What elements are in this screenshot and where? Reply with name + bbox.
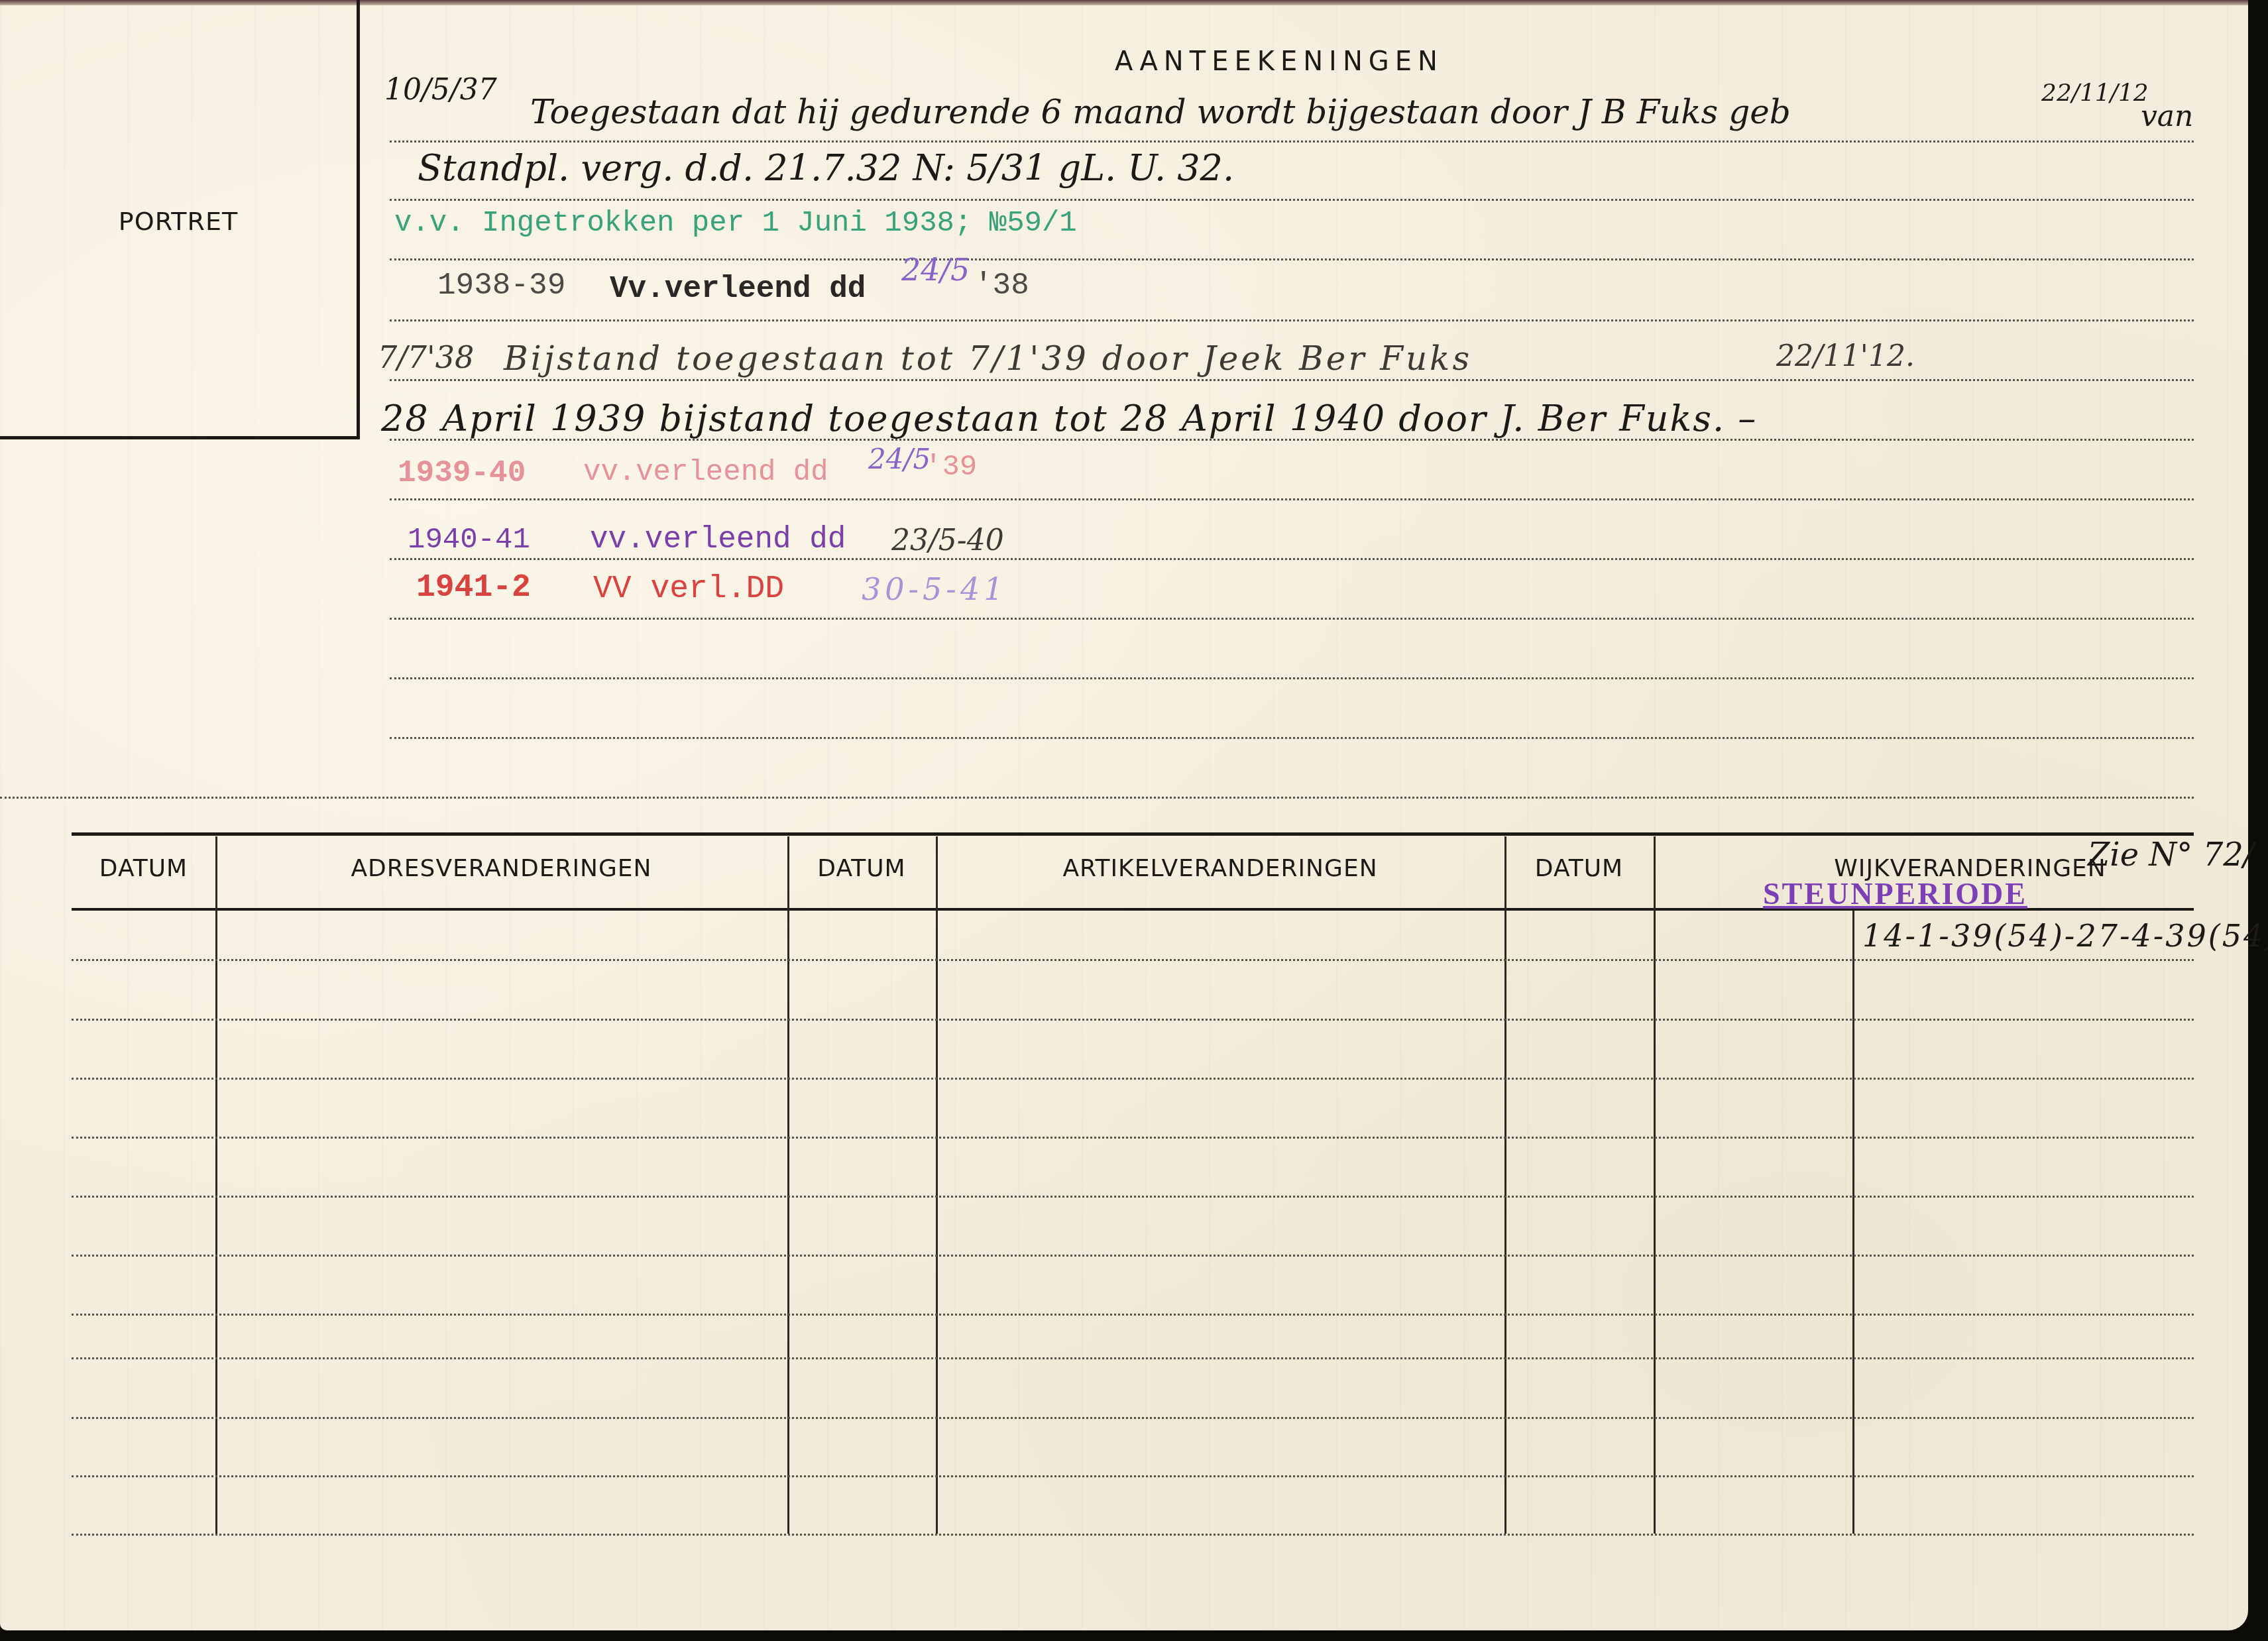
side-note-reference: Zie N° 72/ <box>2088 836 2254 874</box>
table-row-line <box>72 1078 2194 1080</box>
note-1-birthdate: 22/11/12 <box>2041 80 2149 107</box>
ruled-line <box>390 677 2194 679</box>
table-top-rule <box>72 832 2194 836</box>
ruled-line <box>390 319 2194 321</box>
table-row-line <box>72 1314 2194 1316</box>
note-7-text: vv.verleend dd <box>583 456 828 489</box>
note-4-year-suffix: '38 <box>974 268 1029 303</box>
column-divider <box>1852 911 1854 1534</box>
header-datum-3: DATUM <box>1504 855 1654 882</box>
table-row-line <box>72 1357 2194 1359</box>
ruled-line <box>390 141 2194 142</box>
table-row-line <box>72 1196 2194 1198</box>
note-1-end: van <box>2141 99 2193 133</box>
note-4-text: Vv.verleend dd <box>610 272 866 306</box>
note-1-text: Toegestaan dat hij gedurende 6 maand wor… <box>530 93 1791 131</box>
note-7-year-suffix: '39 <box>925 451 977 484</box>
portrait-label: PORTRET <box>0 207 357 236</box>
table-row-line <box>72 1137 2194 1139</box>
header-artikelveranderingen: ARTIKELVERANDERINGEN <box>936 855 1504 882</box>
registration-card: PORTRET AANTEEKENINGEN 10/5/37 Toegestaa… <box>0 0 2248 1630</box>
ruled-line <box>390 498 2194 500</box>
ruled-line <box>390 618 2194 620</box>
column-divider <box>787 836 789 1534</box>
column-divider <box>936 836 938 1534</box>
table-row-line <box>72 959 2194 961</box>
column-divider <box>215 836 217 1534</box>
note-5-text: Bijstand toegestaan tot 7/1'39 door Jeek… <box>504 339 1472 378</box>
header-datum-2: DATUM <box>787 855 936 882</box>
note-6-text: 28 April 1939 bijstand toegestaan tot 28… <box>381 398 1757 439</box>
note-5-birthdate: 22/11'12. <box>1776 339 1915 373</box>
note-9-year: 1941-2 <box>416 570 531 606</box>
note-2-text: Standpl. verg. d.d. 21.7.32 N: 5/31 gL. … <box>418 147 1234 189</box>
ruled-line <box>390 199 2194 201</box>
table-row-line <box>72 1534 2194 1536</box>
header-datum-1: DATUM <box>72 855 215 882</box>
notes-title: AANTEEKENINGEN <box>1034 46 1524 77</box>
note-7-date: 24/5 <box>868 443 931 475</box>
table-row-line <box>72 1417 2194 1419</box>
column-divider <box>1654 836 1656 1534</box>
note-3-stamp: v.v. Ingetrokken per 1 Juni 1938; №59/1 <box>394 207 1077 240</box>
table-row-line <box>72 1475 2194 1477</box>
note-8-date: 23/5-40 <box>891 524 1004 557</box>
column-divider <box>1504 836 1506 1534</box>
header-adresveranderingen: ADRESVERANDERINGEN <box>215 855 787 882</box>
ruled-line <box>390 558 2194 560</box>
note-5-date: 7/7'38 <box>378 339 474 375</box>
table-row-line <box>72 1255 2194 1257</box>
ruled-line <box>0 797 2194 799</box>
ruled-line <box>390 379 2194 381</box>
note-8-year: 1940-41 <box>408 524 530 557</box>
note-9-text: VV verl.DD <box>593 571 784 607</box>
note-4-date: 24/5 <box>901 252 970 288</box>
table-row-line <box>72 1019 2194 1021</box>
note-1-date: 10/5/37 <box>384 73 497 107</box>
period-entry: 14-1-39(54)-27-4-39(54) <box>1862 918 2268 954</box>
ruled-line <box>390 258 2194 260</box>
ruled-line <box>390 737 2194 739</box>
steunperiode-stamp: STEUNPERIODE <box>1763 876 2027 911</box>
note-9-date: 30-5-41 <box>862 571 1007 607</box>
note-7-year: 1939-40 <box>398 456 526 490</box>
note-8-text: vv.verleend dd <box>590 522 846 557</box>
note-4-year: 1938-39 <box>437 268 565 303</box>
